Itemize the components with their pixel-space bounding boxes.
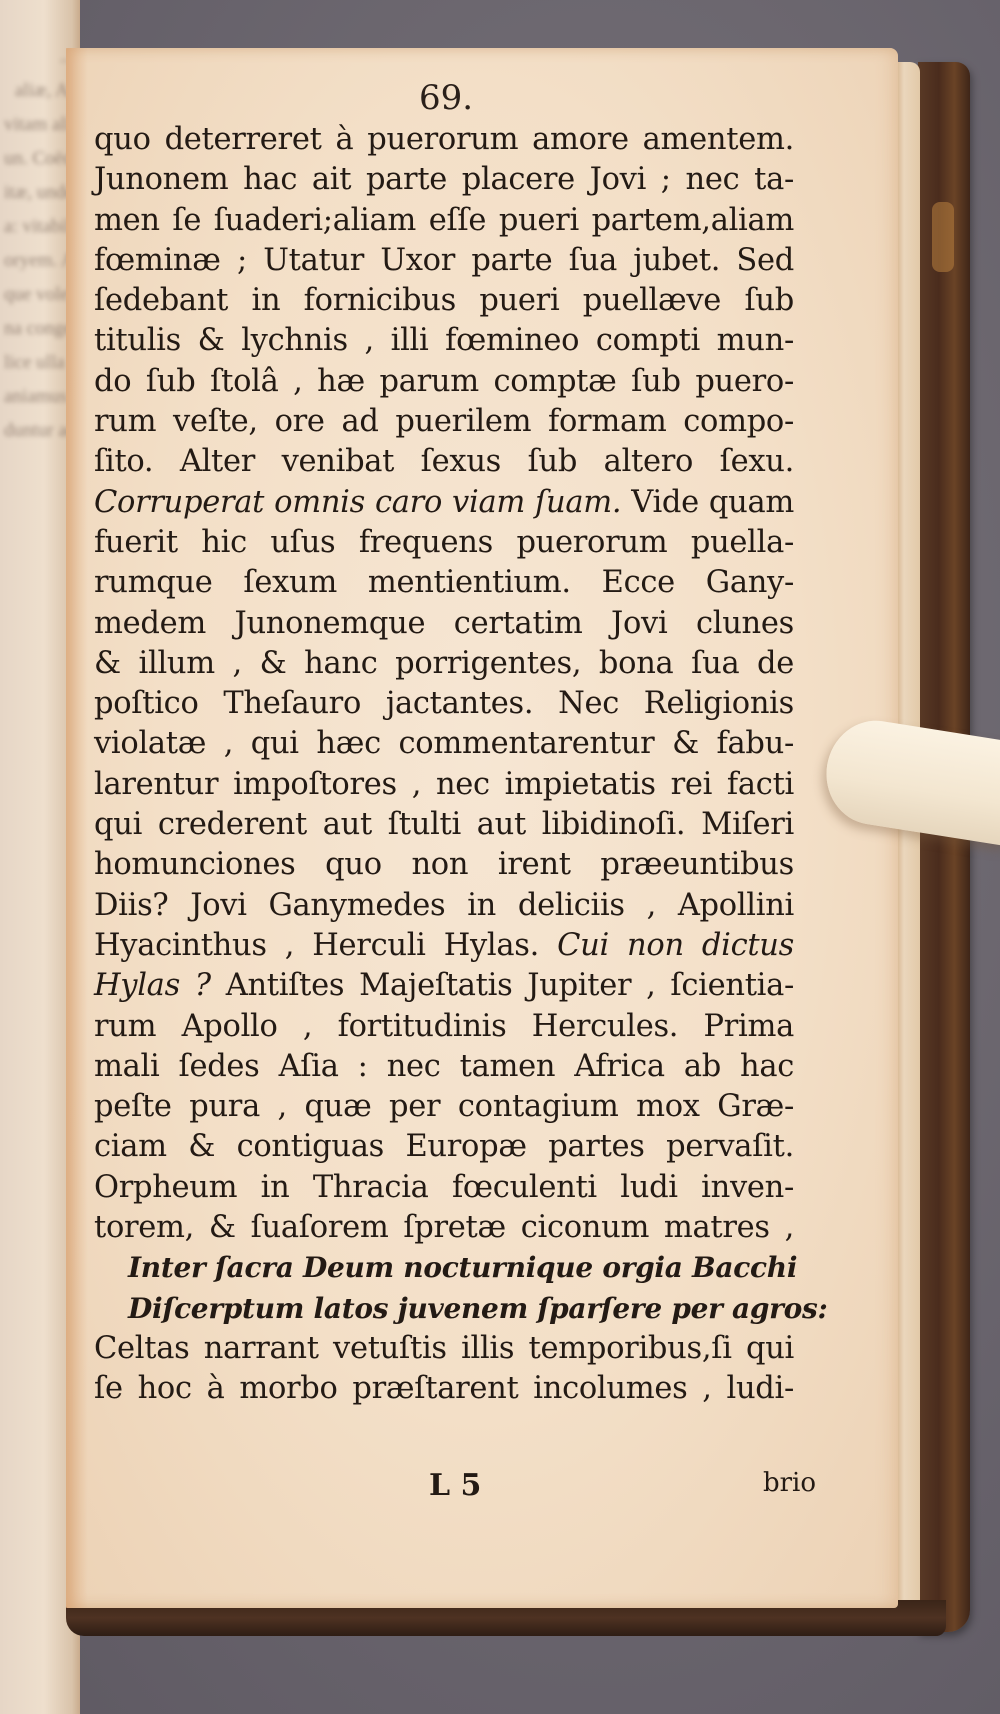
page-footer: L 5 brio <box>94 1468 794 1508</box>
text-line: peſte pura , quæ per contagium mox Græ- <box>94 1087 794 1127</box>
text-line: mali ſedes Aſia : nec tamen Africa ab ha… <box>94 1047 794 1087</box>
text-line: fuerit hic uſus frequens puerorum puella… <box>94 523 794 563</box>
verse-line: Inter ſacra Deum nocturnique orgia Bacch… <box>94 1248 794 1288</box>
text-line: homunciones quo non irent præeuntibus <box>94 845 794 885</box>
ghost-line: a: vitabilius vel <box>4 210 74 244</box>
text-line: Diis? Jovi Ganymedes in deliciis , Apoll… <box>94 886 794 926</box>
text-line: do ſub ſtolâ , hæ parum comptæ ſub puero… <box>94 362 794 402</box>
gutter-shadow <box>66 48 88 1608</box>
text-line: larentur impoſtores , nec impietatis rei… <box>94 765 794 805</box>
roman-text: Hyacinthus , Herculi Hylas. <box>94 928 557 963</box>
ghost-line: oryem. Amabi <box>4 244 74 278</box>
ghost-line: vitam aliq <box>4 108 74 142</box>
text-line: rum Apollo , fortitudinis Hercules. Prim… <box>94 1007 794 1047</box>
ghost-line: ... <box>4 40 74 74</box>
ghost-line: aliæ, Al <box>4 74 74 108</box>
roman-text: Antiſtes Majeſtatis Jupiter , ſcientia- <box>211 968 794 1003</box>
text-line: titulis & lychnis , illi fœmineo compti … <box>94 321 794 361</box>
text-line: ſe hoc à morbo præſtarent incolumes , lu… <box>94 1369 794 1409</box>
book-page: 69. quo deterreret à puerorum amore amen… <box>66 48 898 1608</box>
ghost-line: itæ, unde pedic <box>4 176 74 210</box>
text-line: rum veſte, ore ad puerilem formam compo- <box>94 402 794 442</box>
text-line: qui crederent aut ſtulti aut libidinoſi.… <box>94 805 794 845</box>
text-line: rumque ſexum mentientium. Ecce Gany- <box>94 563 794 603</box>
text-line-mixed: Corruperat omnis caro viam ſuam. Vide qu… <box>94 483 794 523</box>
text-line: violatæ , qui hæc commentarentur & fabu- <box>94 724 794 764</box>
italic-quote: Corruperat omnis caro viam ſuam. <box>94 485 621 520</box>
text-line: Orpheum in Thracia fœculenti ludi inven- <box>94 1168 794 1208</box>
page-number: 69. <box>66 78 826 118</box>
text-line: Junonem hac ait parte placere Jovi ; nec… <box>94 160 794 200</box>
text-line: medem Junonemque certatim Jovi clunes <box>94 604 794 644</box>
text-line: ciam & contiguas Europæ partes pervaſit. <box>94 1127 794 1167</box>
ghost-line: na congestus (Qu <box>4 312 74 346</box>
text-line-mixed: Hyacinthus , Herculi Hylas. Cui non dict… <box>94 926 794 966</box>
ghost-line: que volebat. Eu <box>4 278 74 312</box>
catchword: brio <box>763 1468 816 1498</box>
italic-quote: Cui non dictus <box>557 928 794 963</box>
ghost-line: duntur ad nuncupe <box>4 414 74 448</box>
leather-cover-edge-right <box>918 62 970 1632</box>
text-line: ſedebant in fornicibus pueri puellæve ſu… <box>94 281 794 321</box>
text-line: & illum , & hanc porrigentes, bona ſua d… <box>94 644 794 684</box>
body-text: quo deterreret à puerorum amore amentem.… <box>94 120 794 1410</box>
verse-line: Diſcerptum latos juvenem ſparſere per ag… <box>94 1289 794 1329</box>
text-line: Celtas narrant vetuſtis illis temporibus… <box>94 1329 794 1369</box>
text-line: torem, & ſuaſorem ſpretæ ciconum matres … <box>94 1208 794 1248</box>
text-line-mixed: Hylas ? Antiſtes Majeſtatis Jupiter , ſc… <box>94 966 794 1006</box>
text-line: poſtico Theſauro jactantes. Nec Religion… <box>94 684 794 724</box>
ghost-line: aniamus latos <box>4 380 74 414</box>
text-line: quo deterreret à puerorum amore amentem. <box>94 120 794 160</box>
text-line: ſito. Alter venibat ſexus ſub altero ſex… <box>94 442 794 482</box>
italic-quote: Hylas ? <box>94 968 211 1003</box>
roman-text: Vide quam <box>621 485 794 520</box>
text-line: fœminæ ; Utatur Uxor parte ſua jubet. Se… <box>94 241 794 281</box>
text-line: men ſe ſuaderi;aliam eſſe pueri partem,a… <box>94 201 794 241</box>
facing-page-blurred-text: ... aliæ, Al vitam aliq un. Coëdanda itæ… <box>4 40 74 448</box>
ghost-line: lice ulla in ipsos iu <box>4 346 74 380</box>
ghost-line: un. Coëdanda <box>4 142 74 176</box>
signature-mark: L 5 <box>429 1468 481 1503</box>
